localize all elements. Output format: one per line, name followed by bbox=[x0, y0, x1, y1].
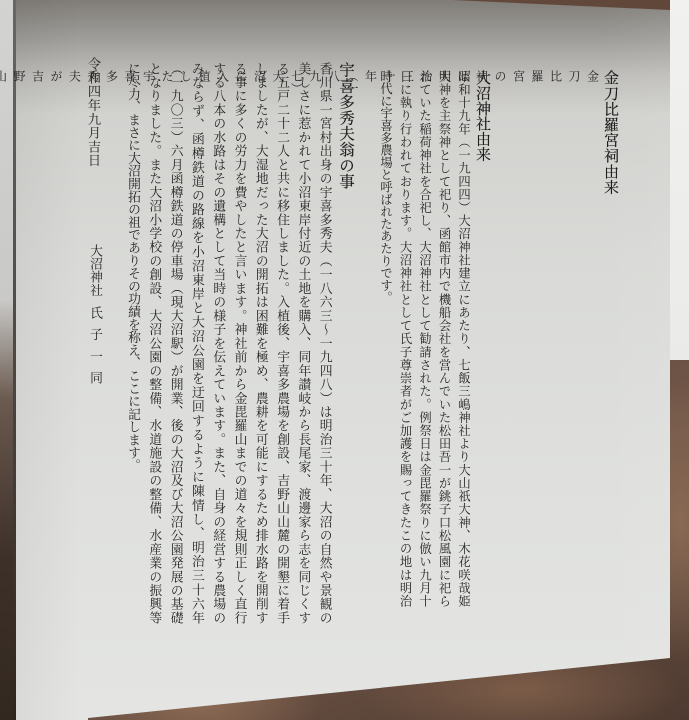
section-onuma-shrine-history: 大沼神社由来 昭和十九年（一九四四）大沼神社建立にあたり、七飯三嶋神社より大山祇… bbox=[375, 70, 492, 607]
text-column: （一九〇三）六月函樽鉄道の停車場（現大沼駅）が開業、後の大沼及び大沼公園発展の基… bbox=[164, 62, 185, 624]
section-ukita-hideo-biography: 宇喜多秀夫翁の事 香川県一宮村出身の宇喜多秀夫（一八六三〜一九四八）は明治三十年… bbox=[122, 62, 356, 624]
text-column: 昭和十九年（一九四四）大沼神社建立にあたり、七飯三嶋神社より大山祇大神、木花咲哉… bbox=[453, 70, 473, 607]
text-column: となりました。また大沼小学校の創設、大沼公園の整備、水道施設の整備、水産業の振興… bbox=[143, 62, 164, 624]
section-title: 金刀比羅宮祠由来 bbox=[602, 70, 621, 195]
text-column: みならず、函樽鉄道の路線を小沼東岸と大沼公園を迂回するように陳情し、明治三十六年 bbox=[186, 62, 207, 624]
erection-date: 令和四年九月吉日 bbox=[84, 57, 100, 167]
text-column: る事に多くの労力を費やしたと言います。神社前から金毘羅山までの道々を規則正しく直… bbox=[228, 62, 249, 624]
text-column: 時代に宇喜多農場と呼ばれたあたりです。 bbox=[375, 70, 395, 607]
text-column: 香川県一宮村出身の宇喜多秀夫（一八六三〜一九四八）は明治三十年、大沼の自然や景観… bbox=[313, 62, 334, 624]
section-title: 大沼神社由来 bbox=[473, 70, 493, 607]
text-column: に尽力、まさに大沼開拓の祖でありその功績を称え、ここに記します。 bbox=[122, 62, 143, 624]
text-column: 大神を主祭神として祀り、函館市内で機船会社を営んでいた松田吾一が銚子口松風園に祀… bbox=[434, 70, 454, 607]
text-column: 日に執り行われております。大沼神社として氏子尊崇者がご加護を賜ってきたこの地は明… bbox=[395, 70, 415, 607]
text-column: る五戸二十二人と共に移住しました。入植後、宇喜多農場を創設、吉野山山麓の開墾に着… bbox=[271, 62, 292, 624]
text-column: する八本の水路はその遺構として当時の様子を伝えています。また、自身の経営する農場… bbox=[207, 62, 228, 624]
signature-group: 氏子一同 bbox=[86, 306, 102, 393]
section-title: 宇喜多秀夫翁の事 bbox=[335, 62, 356, 624]
signature-organization: 大沼神社 bbox=[86, 244, 102, 297]
text-column: れていた稲荷神社を合祀し、大沼神社として勧請された。例祭日は金毘羅祭りに倣い九月… bbox=[414, 70, 434, 607]
text-column: 美しさに惹かれて小沼東岸付近の土地を購入、同年讃岐から長尾家、渡邊家ら志を同じく… bbox=[292, 62, 313, 624]
text-column: しましたが、大湿地だった大沼の開拓は困難を極め、農耕を可能にするため排水路を開削… bbox=[250, 62, 271, 624]
